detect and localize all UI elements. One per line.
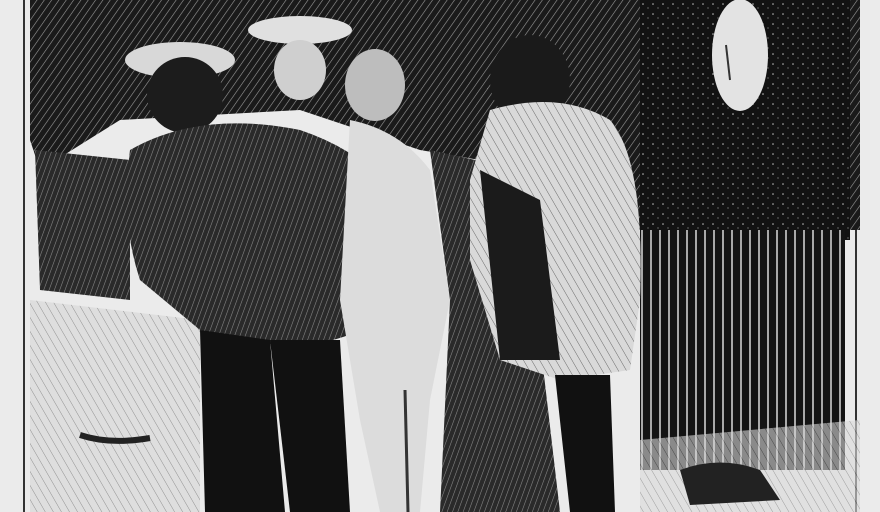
left-man-head [147,57,223,133]
background-man-hat [248,16,352,44]
center-figure-head [345,49,405,121]
left-dark-panel [35,150,130,300]
background-man-face [274,40,326,100]
illustration-frame [0,0,880,512]
illustration [0,0,880,512]
oval-window [712,0,768,111]
floor-left [30,300,200,512]
